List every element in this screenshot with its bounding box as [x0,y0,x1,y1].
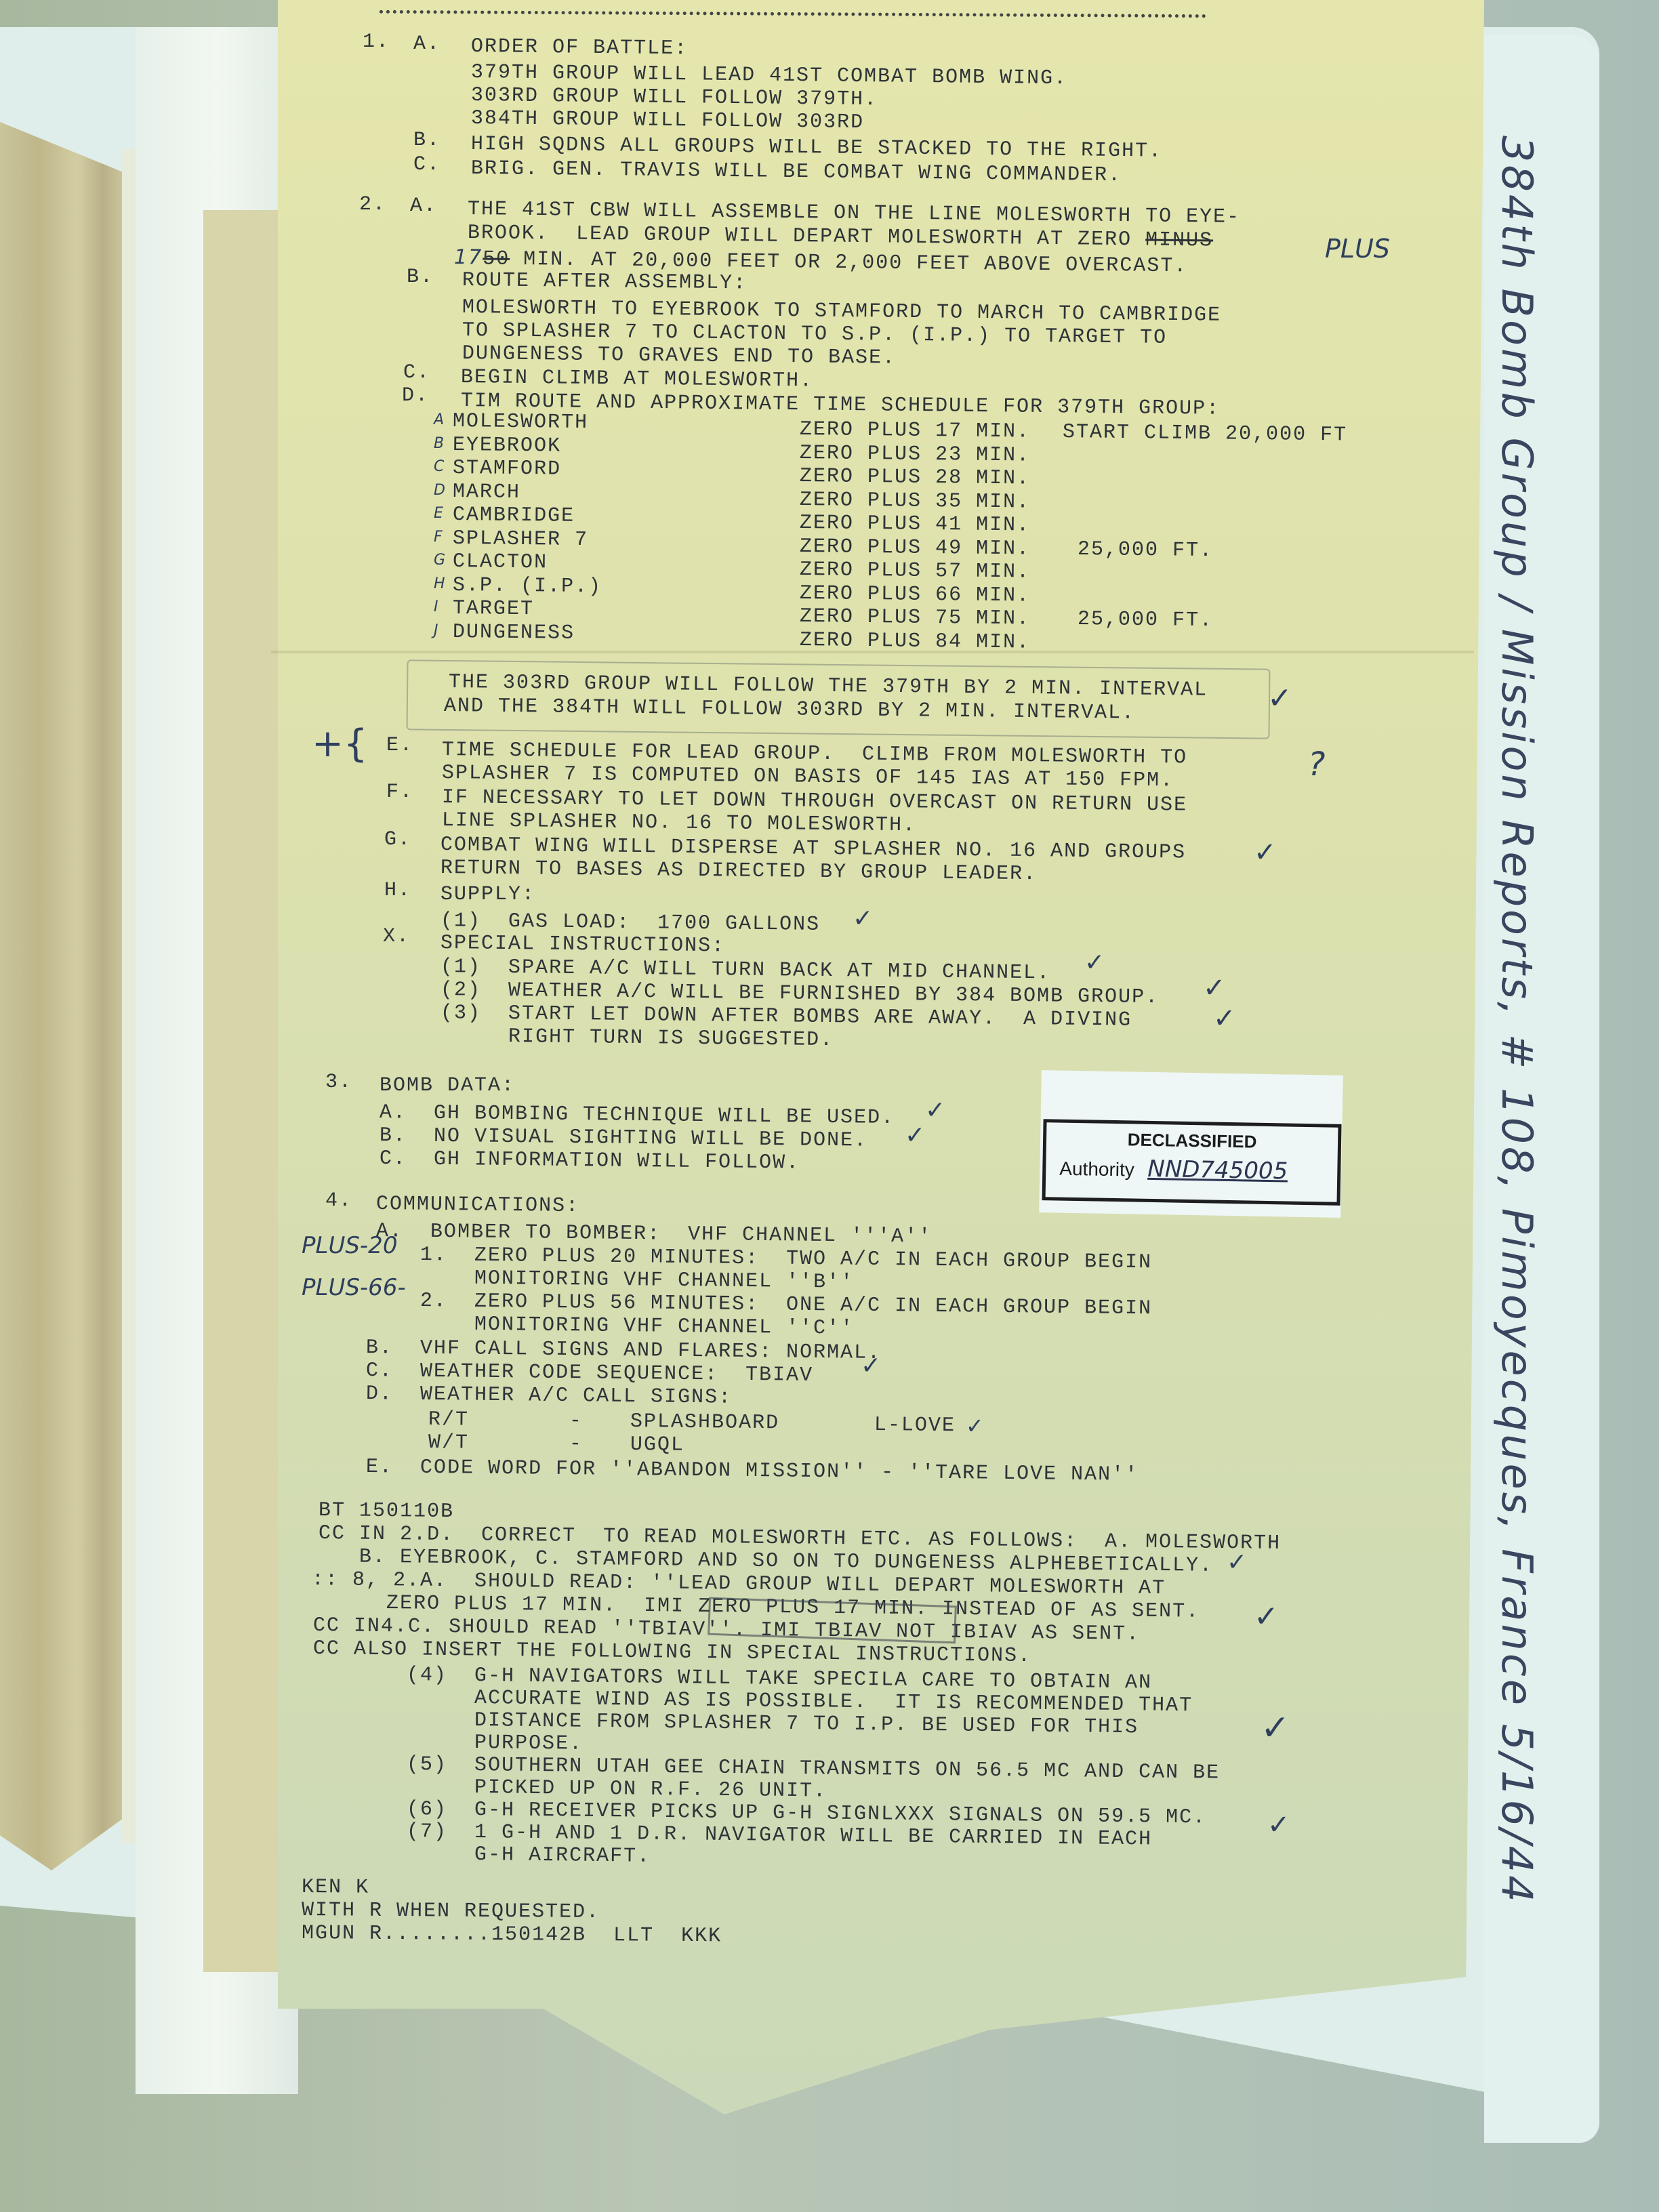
section-2c-text: BEGIN CLIMB AT MOLESWORTH. [461,366,813,392]
section-2g-label: G. [384,828,411,851]
margin-note: PLUS-66- [302,1274,406,1301]
schedule-letter: H [434,575,445,592]
call-sign-value: UGQL [630,1433,684,1457]
schedule-time: ZERO PLUS 28 MIN. [800,465,1030,491]
schedule-note: 25,000 FT. [1078,608,1213,632]
schedule-time: ZERO PLUS 35 MIN. [800,489,1030,514]
schedule-place: CLACTON [453,550,548,574]
schedule-letter: B [434,435,444,452]
struck-text: MINUS [1145,228,1213,252]
schedule-place: DUNGENESS [453,621,575,645]
section-2e-label: E. [386,734,413,757]
check-mark-icon: ✓ [925,1097,945,1124]
schedule-time: ZERO PLUS 84 MIN. [800,629,1030,655]
footer-line: KEN K [302,1876,369,1900]
schedule-letter: J [434,622,438,639]
schedule-letter: G [434,552,445,569]
check-mark-icon: ✓ [1254,837,1277,868]
check-mark-icon: ✓ [1267,681,1292,716]
section-1c-text: BRIG. GEN. TRAVIS WILL BE COMBAT WING CO… [471,157,1122,187]
margin-cross-icon: +{ [312,722,368,766]
schedule-note: 25,000 FT. [1078,538,1213,562]
schedule-place: TARGET [453,597,534,621]
section-2c-label: C. [403,361,430,384]
schedule-place: MARCH [453,480,520,504]
declassified-box: DECLASSIFIED Authority NND745005 [1042,1119,1342,1206]
schedule-place: EYEBROOK [453,434,561,458]
check-mark-icon: ✓ [1254,1599,1279,1634]
call-sign-separator: - [569,1410,583,1433]
header-rule [380,3,1206,18]
section-2x-label: X. [383,925,410,948]
comm-item: MONITORING VHF CHANNEL ''C'' [420,1313,854,1340]
schedule-place: S.P. (I.P.) [453,574,602,598]
section-1a-line: 384TH GROUP WILL FOLLOW 303RD [471,107,864,134]
schedule-time: ZERO PLUS 66 MIN. [800,582,1030,608]
schedule-place: STAMFORD [453,457,561,481]
question-mark-icon: ? [1308,745,1325,783]
document-text: 1. A. ORDER OF BATTLE: 379TH GROUP WILL … [0,0,1659,2212]
section-1c-label: C. [413,153,441,176]
call-sign-value: SPLASHBOARD [630,1410,779,1435]
schedule-letter: F [434,529,443,546]
schedule-note: START CLIMB 20,000 FT [1063,421,1347,447]
section-3-number: 3. [325,1071,352,1094]
schedule-place: CAMBRIDGE [453,504,575,528]
section-1a-label: A. [413,33,441,56]
section-3-title: BOMB DATA: [380,1074,515,1097]
schedule-place: MOLESWORTH [453,410,588,434]
call-sign-extra: L-LOVE [874,1414,956,1437]
section-2-number: 2. [359,193,386,216]
special-instruction: G-H AIRCRAFT. [407,1843,651,1868]
check-mark-icon: ✓ [1267,1809,1290,1841]
schedule-letter: I [434,598,438,615]
schedule-letter: D [434,482,445,499]
check-mark-icon: ✓ [861,1352,881,1380]
special-instruction: PURPOSE. [407,1731,583,1756]
call-sign-type: W/T [428,1431,469,1455]
section-1-number: 1. [363,30,390,54]
section-2d-label: D. [402,384,429,407]
handwritten-correction: PLUS [1325,234,1390,264]
schedule-time: ZERO PLUS 49 MIN. [800,535,1030,561]
schedule-place: SPLASHER 7 [453,527,588,552]
section-2b-label: B. [407,266,434,289]
section-2x-title: SPECIAL INSTRUCTIONS: [441,932,725,958]
margin-note: PLUS-20 [302,1232,397,1259]
schedule-time: ZERO PLUS 23 MIN. [800,442,1030,468]
check-mark-icon: ✓ [966,1413,984,1439]
schedule-letter: C [434,458,444,475]
folder-label-text: 384th Bomb Group / Mission Reports, # 10… [1492,136,1542,1905]
section-2a-label: A. [410,194,437,218]
schedule-time: ZERO PLUS 17 MIN. [800,418,1030,444]
section-1b-label: B. [413,129,441,152]
schedule-time: ZERO PLUS 75 MIN. [800,605,1030,631]
call-sign-type: R/T [428,1408,469,1432]
section-2h-title: SUPPLY: [441,883,535,906]
call-sign-separator: - [569,1433,583,1456]
comm-item: E. CODE WORD FOR ''ABANDON MISSION'' - '… [366,1456,1139,1487]
check-mark-icon: ✓ [1213,1003,1236,1034]
footer-line: WITH R WHEN REQUESTED. [302,1899,600,1924]
section-4-number: 4. [325,1189,352,1212]
footer-line: MGUN R........150142B LLT KKK [302,1922,722,1948]
declassified-label: DECLASSIFIED Authority NND745005 [1039,1070,1343,1218]
route-line: DUNGENESS TO GRAVES END TO BASE. [462,342,896,370]
section-1a-title: ORDER OF BATTLE: [471,35,688,60]
declassified-title: DECLASSIFIED [1046,1128,1338,1153]
correction-line: BT 150110B [319,1499,454,1523]
comm-item: D. WEATHER A/C CALL SIGNS: [366,1382,732,1410]
check-mark-icon: ✓ [1203,972,1226,1004]
check-mark-icon: ✓ [1227,1549,1247,1576]
authority-value: NND745005 [1147,1155,1288,1185]
authority-label: Authority [1059,1158,1134,1181]
section-2b-title: ROUTE AFTER ASSEMBLY: [462,269,747,295]
section-2f-line: LINE SPLASHER NO. 16 TO MOLESWORTH. [442,809,916,837]
check-mark-icon: ✓ [905,1122,925,1149]
schedule-time: ZERO PLUS 57 MIN. [800,558,1030,584]
folder-label: 384th Bomb Group / Mission Reports, # 10… [1471,136,1565,1667]
check-mark-icon: ✓ [1084,949,1105,977]
schedule-time: ZERO PLUS 41 MIN. [800,512,1030,537]
check-mark-icon: ✓ [1261,1708,1290,1748]
section-2f-label: F. [386,781,413,804]
special-instruction: RIGHT TURN IS SUGGESTED. [441,1025,834,1052]
bomb-data-item: C. GH INFORMATION WILL FOLLOW. [380,1147,800,1174]
schedule-letter: E [434,505,443,522]
check-mark-icon: ✓ [853,905,873,933]
section-4-title: COMMUNICATIONS: [376,1193,579,1218]
schedule-letter: A [434,411,444,428]
section-2h-label: H. [384,879,411,902]
